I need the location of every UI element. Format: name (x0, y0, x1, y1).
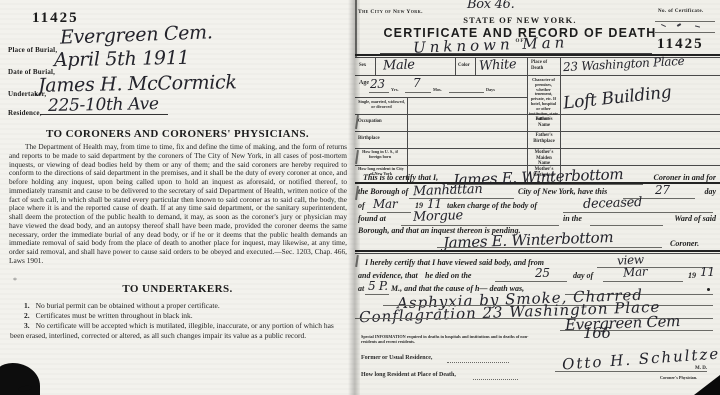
former-residence-label: Former or Usual Residence, (361, 355, 432, 362)
body-of-fill: deceased (583, 196, 642, 211)
item-3-number: 3. (24, 321, 30, 330)
rule (355, 75, 720, 76)
special-note: Special INFORMATION required in deaths i… (361, 335, 529, 345)
undertakers-item-2: 2.Certificates must be written throughou… (10, 311, 348, 321)
certno-line-2 (655, 32, 715, 33)
borough-fill: Manhattan (413, 183, 483, 198)
case-number: 166 (583, 326, 611, 341)
place-of-burial-label: Place of Burial, (8, 46, 57, 54)
rule (527, 57, 528, 182)
age-blank-line (449, 92, 484, 93)
pen-mark (695, 25, 700, 27)
item-3-text: No certificate will be accepted which is… (10, 321, 334, 340)
undertakers-list: 1.No burial permit can be obtained witho… (10, 301, 348, 341)
residence-underline (40, 114, 168, 115)
rule (355, 253, 720, 254)
age-label: Age (359, 80, 369, 87)
found-at-fill: Morgue (413, 209, 463, 224)
coroner-statement-line-3: of 19 taken charge of the body of (355, 199, 720, 213)
rule (375, 57, 376, 75)
page-corner-shadow (694, 375, 720, 395)
statement-text: I hereby certify that I have viewed said… (365, 258, 544, 267)
scanned-death-certificate: 11425 Evergreen Cem. Place of Burial, Ap… (0, 0, 720, 395)
stray-mark: * (13, 276, 17, 285)
signature-line (437, 247, 662, 248)
how-long-resident-label: How long Resident at Place of Death, (361, 372, 456, 379)
days-label: Days (486, 88, 495, 93)
rule (407, 97, 408, 182)
age-months-value: 7 (413, 77, 420, 89)
item-1-number: 1. (24, 301, 30, 310)
sex-label: Sex (359, 63, 366, 69)
mother-maiden-label: Mother's Maiden Name (531, 150, 557, 167)
undertakers-item-3: 3.No certificate will be accepted which … (10, 321, 348, 341)
statement-text: 19 (688, 271, 696, 280)
undertaker-label: Undertaker, (8, 90, 46, 98)
rule (455, 57, 456, 75)
statement-text: he died on the (425, 271, 471, 280)
birthplace-label: Birthplace (358, 136, 380, 142)
sex-value: Male (383, 58, 415, 72)
blank-line (597, 267, 712, 268)
item-2-number: 2. (24, 311, 30, 320)
rule (355, 148, 720, 149)
blank-line (365, 294, 389, 295)
state-heading: STATE OF NEW YORK. (355, 15, 685, 25)
age-blank-line (405, 92, 431, 93)
certificate-page: Box 46. The City of New York. STATE OF N… (355, 0, 720, 395)
age-blank-line (369, 92, 389, 93)
death-day-fill: 25 (535, 267, 550, 279)
father-name-label: Father's Name (531, 117, 557, 128)
undertaker-value: James H. McCormick (38, 73, 237, 95)
statement-text: day (704, 187, 716, 196)
coroner-title: Coroner. (670, 239, 699, 248)
statement-text: Ward of said (674, 214, 716, 223)
statement-text: the Borough of (358, 187, 408, 196)
date-of-burial-value: April 5th 1911 (54, 49, 190, 70)
md-label: M. D. (695, 366, 707, 372)
color-value: White (479, 58, 517, 73)
undertakers-item-1: 1.No burial permit can be obtained witho… (10, 301, 348, 311)
premises-label: Character of premises, whether tenement,… (529, 78, 558, 121)
certificate-no-label: No. of Certificate. (658, 9, 704, 14)
marital-label: Single, married, widowed, or divorced (358, 100, 405, 110)
file-number: 11425 (32, 10, 79, 27)
color-label: Color (458, 63, 470, 69)
day-fill: 27 (655, 184, 670, 196)
occupation-label: Occupation (358, 119, 382, 125)
item-1-text: No burial permit can be obtained without… (36, 301, 220, 310)
statement-text: day of (573, 271, 593, 280)
instructions-page: 11425 Evergreen Cem. Place of Burial, Ap… (0, 0, 355, 395)
item-2-text: Certificates must be written throughout … (36, 311, 193, 320)
statement-text: Coroner in and for (654, 173, 716, 182)
rule (560, 57, 561, 182)
death-month-fill: Mar (623, 265, 648, 278)
signature-line (555, 371, 707, 372)
certificate-number: 11425 (657, 36, 704, 53)
statement-text: found at (358, 214, 386, 223)
yrs-label: Yrs. (391, 88, 399, 93)
statement-text: in the (563, 214, 582, 223)
undertakers-heading: TO UNDERTAKERS. (0, 283, 355, 295)
death-year-fill: 11 (700, 266, 715, 278)
father-birthplace-label: Father's Birthplace (531, 133, 557, 144)
mos-label: Mos. (433, 88, 442, 93)
box-annotation: Box 46. (467, 0, 514, 11)
how-long-us-label: How long in U. S., if foreign born (358, 150, 402, 160)
blank-line (473, 379, 518, 380)
premises-value: Loft Building (562, 84, 672, 112)
age-years-value: 23 (370, 78, 385, 90)
month-fill: Mar (373, 198, 397, 210)
book-gutter (348, 0, 360, 395)
rule (355, 250, 720, 252)
rule (355, 131, 720, 132)
coroners-heading: TO CORONERS AND CORONERS' PHYSICIANS. (0, 128, 355, 140)
certno-line-1 (655, 21, 715, 22)
coroners-body-text: The Department of Health may, from time … (9, 143, 347, 266)
place-of-death-label: Place of Death (531, 60, 557, 71)
pen-dot (707, 288, 710, 291)
statement-text: City of New York, have this (518, 187, 607, 196)
rule (475, 57, 476, 75)
undertaker-residence-label: Residence, (8, 109, 42, 117)
physician-title: Coroner's Physician. (660, 376, 697, 381)
statement-text: This is to certify that I, (363, 173, 438, 182)
death-time-fill: 5 P. (368, 280, 388, 292)
place-of-burial-value: Evergreen Cem. (60, 23, 213, 47)
undertaker-residence-value: 225-10th Ave (48, 96, 159, 115)
rule (355, 97, 527, 98)
blank-line (447, 362, 509, 363)
